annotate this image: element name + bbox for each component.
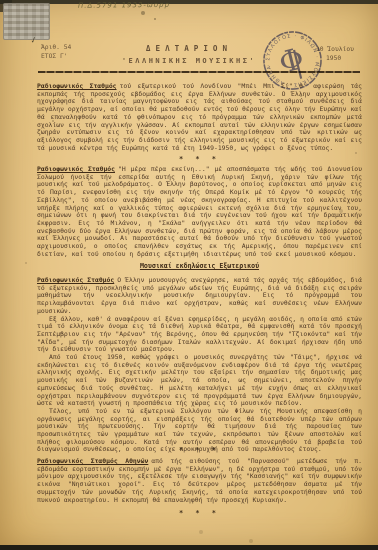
section-heading: Μουσικαί εκδηλώσεις Εξωτερικού	[37, 262, 362, 270]
section-text: τού εξωτερικού τού Λονδίνου "Μπέι Μπι Σί…	[37, 82, 362, 152]
scan-noise-specks	[0, 0, 2, 2]
section-separator: * * *	[37, 446, 362, 454]
section-paragraph: Ραδιοφωνικός Σταθμός Αθηνώναπό τής αιθού…	[37, 458, 362, 504]
pencil-annotation: Π.Δ.5791 1933-ωορρ	[78, 0, 228, 10]
date-line1: 10 Ἰουλίου	[316, 46, 374, 55]
section-text: από τής αιθούσης τού "Παρνασσού" μετέδωσ…	[37, 457, 362, 504]
section-separator: * * *	[37, 509, 362, 517]
news-section-3: Ραδιοφωνικός ΣταθμόςΟ Έλλην μουσουργός α…	[37, 277, 362, 454]
section-text: "Η μέρα πέρα εκείνη..." μέ αποσπάσματα τ…	[37, 165, 362, 258]
news-section-4: Ραδιοφωνικός Σταθμός Αθηνώναπό τής αιθού…	[37, 458, 362, 504]
section-paragraph: Ραδιοφωνικός Σταθμόςτού εξωτερικού τού Λ…	[37, 83, 362, 152]
stamp-monogram: Φ	[276, 41, 308, 80]
section-paragraph: Ραδιοφωνικός Σταθμός"Η μέρα πέρα εκείνη.…	[37, 166, 362, 258]
scan-edge-bottom	[0, 545, 378, 550]
corner-sticker	[3, 3, 50, 40]
section-separator: * * *	[37, 155, 362, 163]
document-page: Π.Δ.5791 1933-ωορρ ✓ Ἀριθ. 54 ΕΤΟΣ Γ' ΔΕ…	[0, 0, 378, 550]
section-paragraph: Ραδιοφωνικός ΣταθμόςΟ Έλλην μουσουργός α…	[37, 277, 362, 316]
news-section-1: Ραδιοφωνικός Σταθμόςτού εξωτερικού τού Λ…	[37, 83, 362, 152]
section-paragraph: Από τού έτους 1950, καθώς γράφει ο μουσι…	[37, 354, 362, 408]
section-heading-text: Μουσικαί εκδηλώσεις Εξωτερικού	[140, 262, 259, 270]
news-section-2: Ραδιοφωνικός Σταθμός"Η μέρα πέρα εκείνη.…	[37, 166, 362, 258]
section-paragraph: Εξ άλλου, καθ' ά αναφέρουν αί ξέναι εφημ…	[37, 316, 362, 355]
